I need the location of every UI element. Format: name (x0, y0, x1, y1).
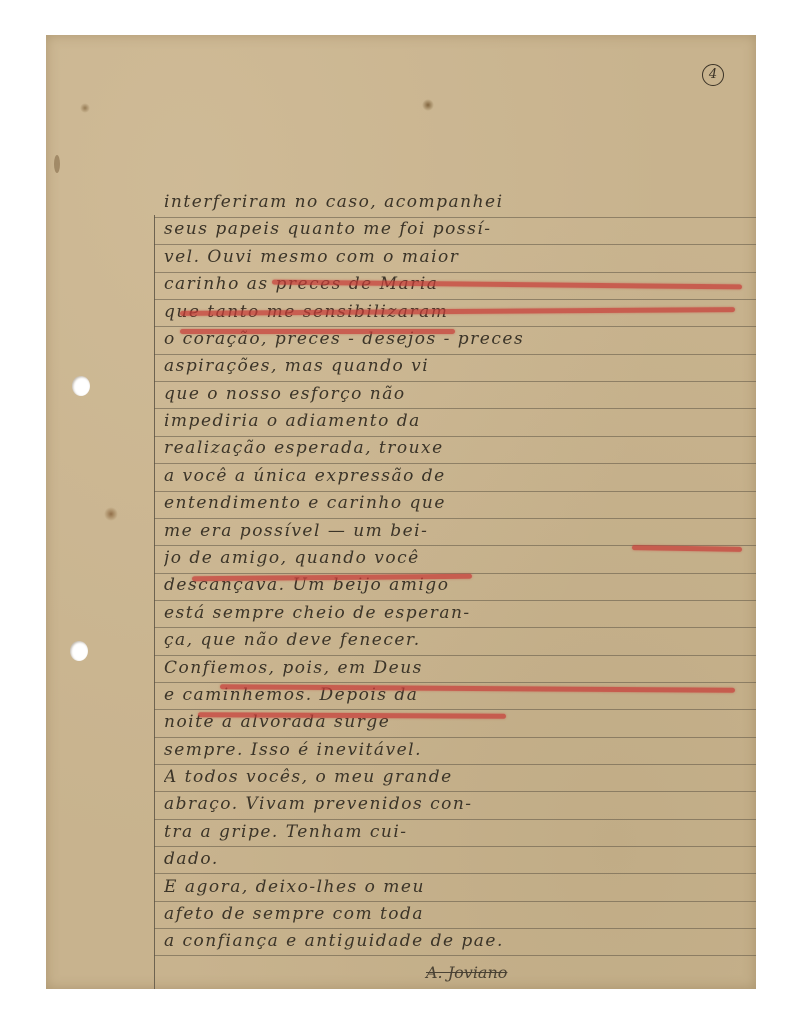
text-line: tra a gripe. Tenham cui- (164, 822, 754, 848)
text-line: realização esperada, trouxe (164, 438, 754, 464)
ink-stain (80, 103, 90, 113)
text-line: que o nosso esforço não (164, 384, 754, 410)
punch-hole-top (72, 376, 90, 396)
text-line: afeto de sempre com toda (164, 904, 754, 930)
page-number: 4 (702, 64, 724, 86)
text-line: entendimento e carinho que (164, 493, 754, 519)
ink-stain (104, 507, 118, 521)
text-line: vel. Ouvi mesmo com o maior (164, 247, 754, 273)
text-line: está sempre cheio de esperan- (164, 603, 754, 629)
red-underline (180, 329, 455, 334)
text-line: A todos vocês, o meu grande (164, 767, 754, 793)
text-line: aspirações, mas quando vi (164, 356, 754, 382)
text-line: Confiemos, pois, em Deus (164, 658, 754, 684)
text-line: me era possível — um bei- (164, 521, 754, 547)
text-line: jo de amigo, quando você (164, 548, 754, 574)
text-line: ça, que não deve fenecer. (164, 630, 754, 656)
text-line: E agora, deixo-lhes o meu (164, 877, 754, 903)
text-line: seus papeis quanto me foi possí- (164, 219, 754, 245)
text-line: impediria o adiamento da (164, 411, 754, 437)
signature: A. Joviano (426, 963, 507, 982)
ink-stain (54, 155, 60, 173)
text-line: sempre. Isso é inevitável. (164, 740, 754, 766)
text-line: a confiança e antiguidade de pae. (164, 931, 754, 957)
text-line: interferiram no caso, acompanhei (164, 192, 754, 218)
text-line: dado. (164, 849, 754, 875)
punch-hole-bottom (70, 641, 88, 661)
text-line: abraço. Vivam prevenidos con- (164, 794, 754, 820)
letter-page: 4 interferiram no caso, acompanhei seus … (46, 35, 756, 989)
text-line: a você a única expressão de (164, 466, 754, 492)
ink-stain (422, 99, 434, 111)
